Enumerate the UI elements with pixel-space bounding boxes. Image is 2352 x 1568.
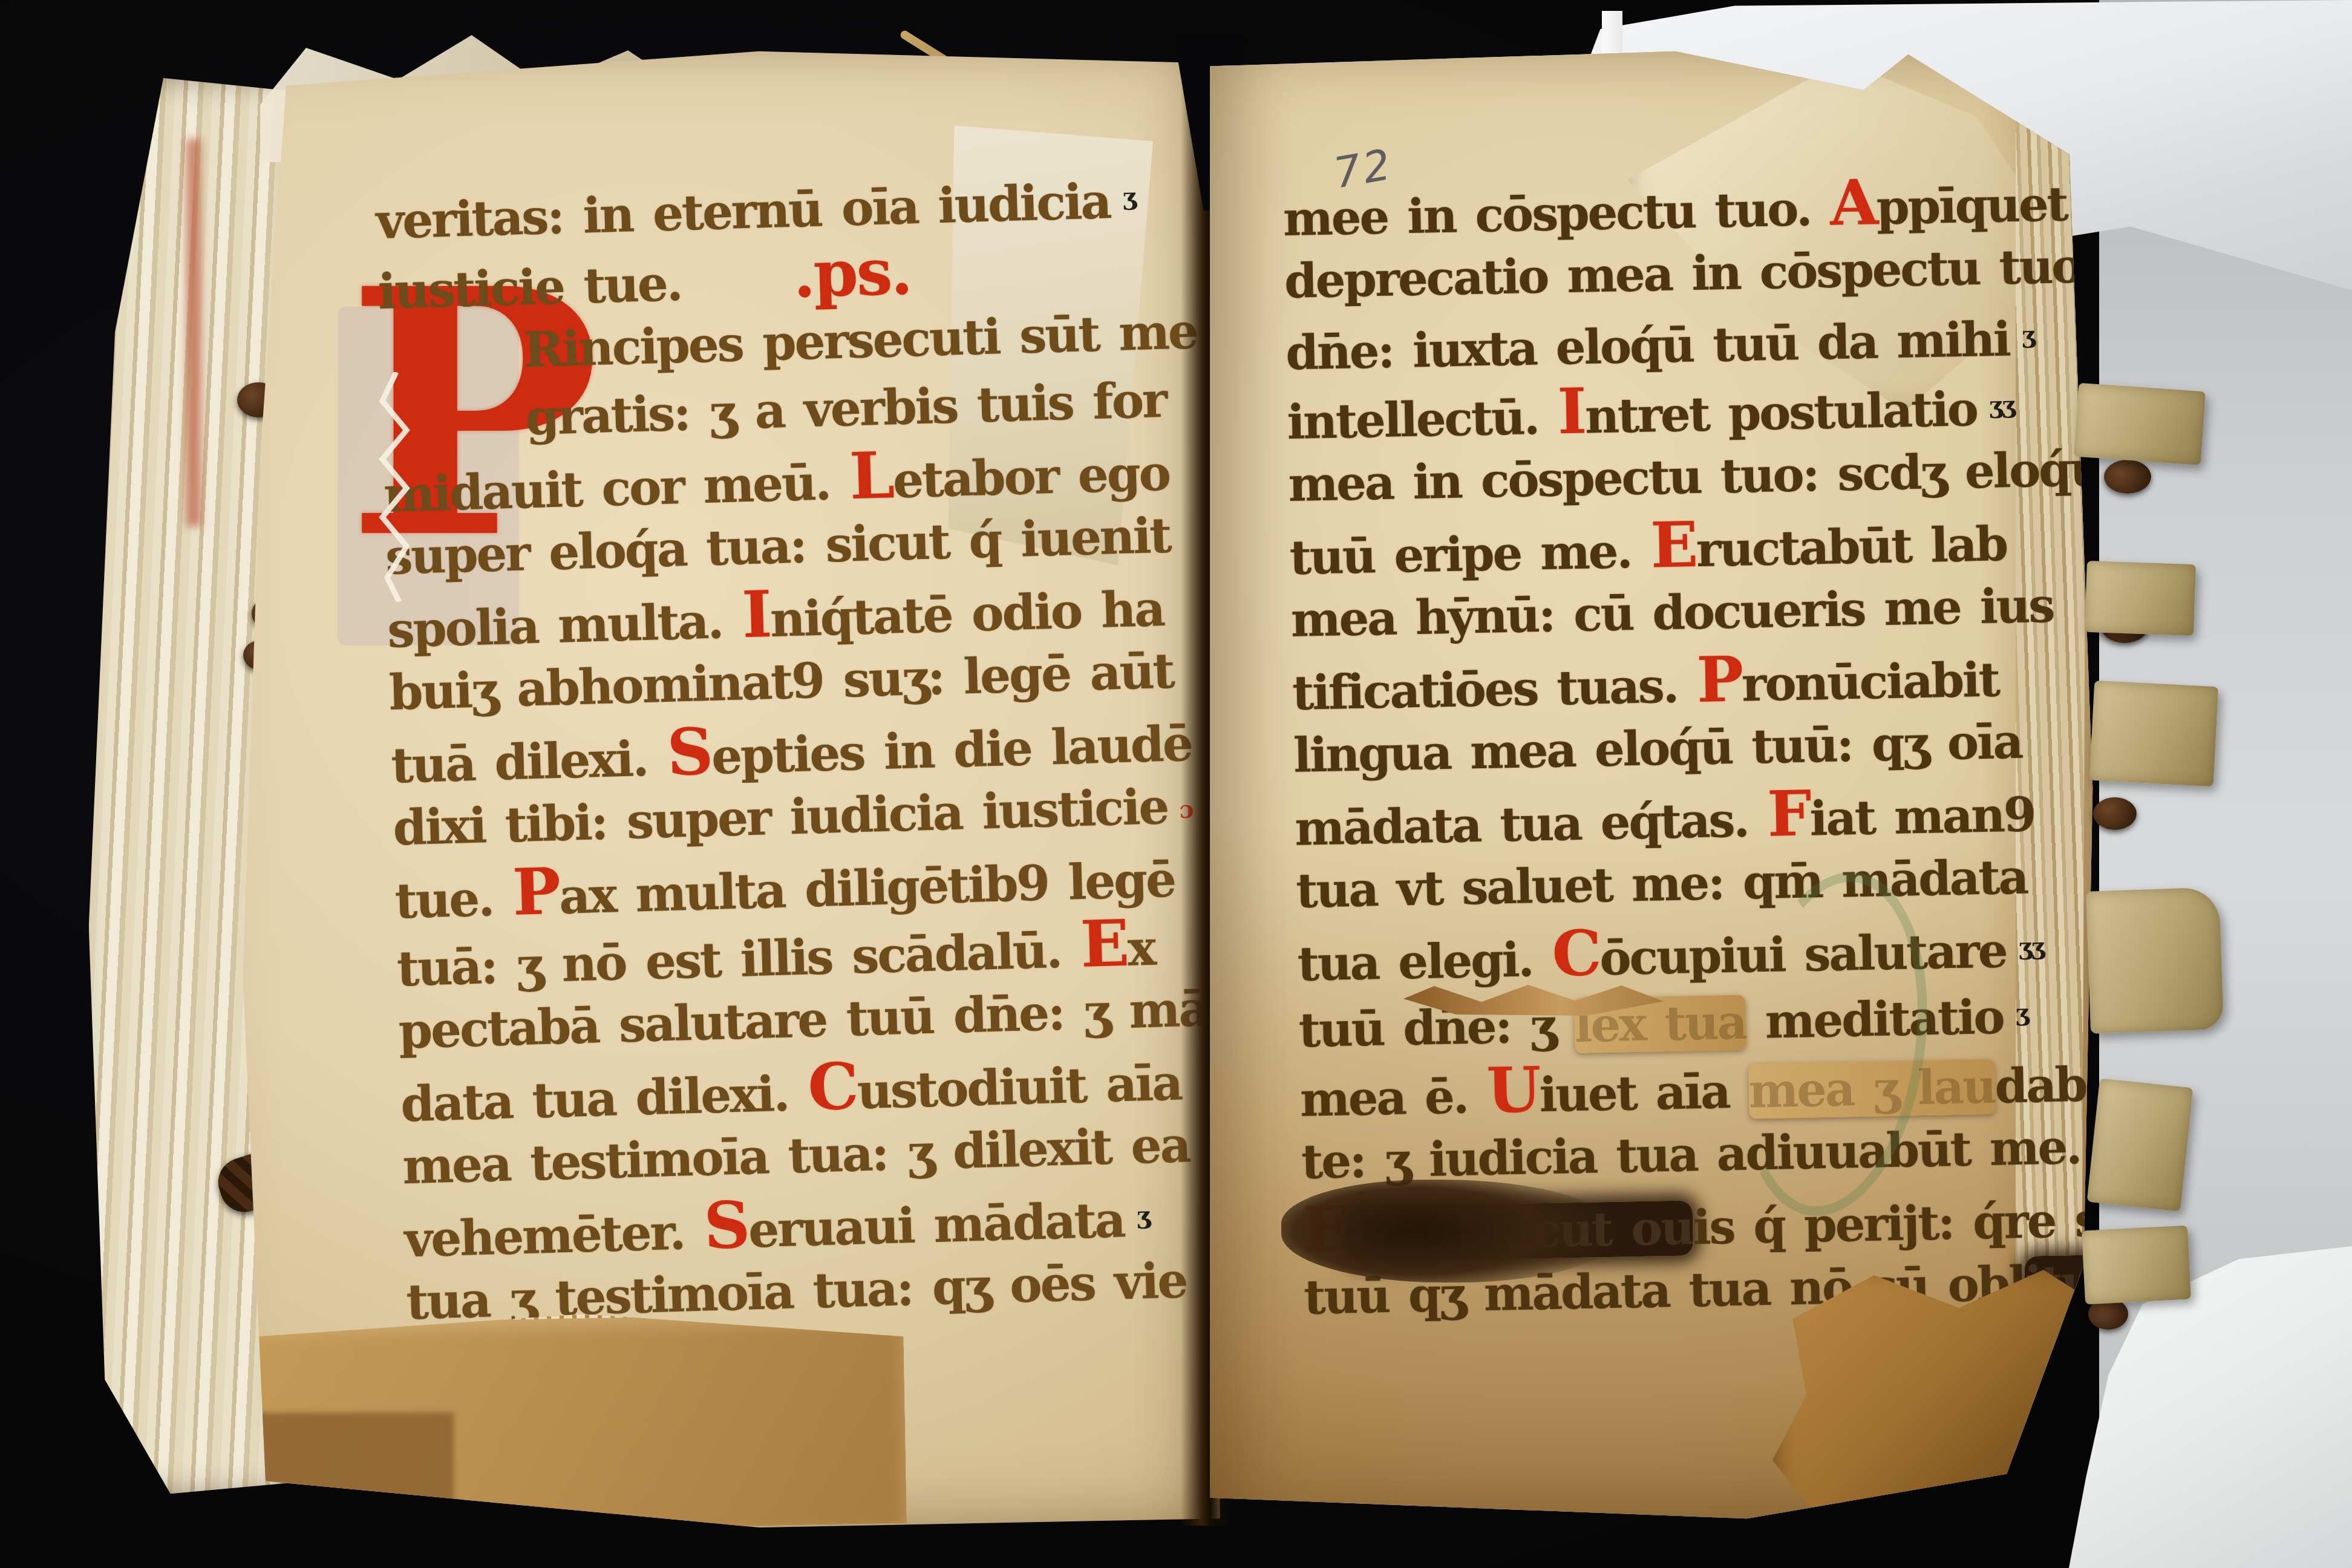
rubric-initial: P: [512, 854, 560, 930]
left-page: P veritas: in eternū oīa iudicia ʒiustic…: [194, 33, 1222, 1534]
red-edge-stain: [186, 139, 201, 526]
text-span: tua vt saluet me: qm̄ mādata: [1296, 850, 2028, 919]
index-tab: [2089, 681, 2218, 787]
right-page: 72 mee in cōspectu tuo. Appīquetdeprecat…: [1210, 42, 2105, 1534]
text-span: [682, 297, 794, 300]
rubric-initial: C: [1551, 916, 1600, 990]
text-span: tificatiōes tuas.: [1292, 658, 1697, 721]
right-page-text: mee in cōspectu tuo. Appīquetdeprecatio …: [1282, 165, 2121, 1332]
text-span: tue.: [394, 869, 514, 929]
text-span: ronūciabit: [1741, 652, 1999, 712]
rubric-initial: C: [807, 1048, 858, 1125]
text-span: ʒʒ: [1976, 391, 2015, 419]
left-page-text: veritas: in eternū oīa iudicia ʒiusticie…: [375, 161, 1254, 1336]
text-span: iat man9: [1809, 787, 2035, 846]
index-tab: [2074, 383, 2206, 465]
text-span: ustodiuit aīa: [857, 1054, 1183, 1120]
rubric-initial: .ps.: [792, 234, 912, 312]
fore-edge-knot: [2104, 460, 2151, 494]
text-span: eruaui mādata: [748, 1191, 1125, 1258]
text-span: ʒ: [1124, 1201, 1151, 1230]
damaged-corner: [1772, 1264, 2111, 1537]
rubric-initial: P: [1696, 643, 1743, 717]
text-span: tua elegi.: [1297, 932, 1552, 992]
rubric-initial: I: [741, 577, 771, 652]
text-span: ppīquet: [1876, 177, 2067, 235]
text-span: dn̄e: iuxta eloq́ū tuū da mihi: [1285, 312, 2010, 381]
text-span: ʒ: [2009, 321, 2035, 350]
text-span: mea in cōspectu tuo: scdʒ eloq́ū: [1288, 442, 2103, 512]
text-span: x: [1127, 920, 1155, 977]
rubric-initial: A: [1829, 166, 1877, 240]
index-tab: [2085, 561, 2196, 636]
rubric-initial: F: [1766, 777, 1810, 851]
text-span: ʒʒ: [2006, 933, 2045, 961]
text-span: intellectū.: [1287, 390, 1558, 450]
text-span: tuā dilexi.: [391, 730, 668, 794]
index-tab: [2087, 1078, 2194, 1211]
rubric-initial: L: [849, 437, 894, 514]
text-span: vehemēter.: [403, 1203, 705, 1269]
index-tab: [2082, 1226, 2191, 1305]
rubric-initial: E: [1080, 906, 1129, 982]
text-span: mādata tua eq́tas.: [1295, 792, 1768, 857]
rubric-initial: S: [703, 1187, 750, 1263]
text-span: ʒ: [1109, 183, 1136, 212]
drop-cap-zigzag-ornament: [375, 372, 417, 602]
text-span: mea ē.: [1299, 1069, 1487, 1128]
rubric-initial: I: [1557, 374, 1586, 448]
text-span: deprecatio mea in cōspectu tuo: [1284, 239, 2082, 309]
fore-edge-knot: [2093, 797, 2137, 830]
pencil-folio-number: 72: [1330, 139, 1397, 198]
index-tab: [2086, 887, 2224, 1034]
text-span: tuū eripe me.: [1289, 523, 1651, 585]
text-span: spolia multa.: [387, 592, 743, 658]
text-span: niq́tatē odio ha: [769, 580, 1165, 648]
text-span: iusticie tue.: [377, 255, 682, 320]
text-span: iuet aīa: [1539, 1063, 1749, 1123]
rubric-initial: S: [666, 714, 713, 790]
rubric-initial: U: [1486, 1053, 1540, 1128]
text-span: etabor ego: [892, 445, 1171, 509]
text-span: ructabūt lab: [1696, 517, 2007, 578]
rubric-initial: E: [1650, 508, 1697, 582]
text-span: ntret postulatio: [1584, 382, 1977, 444]
manuscript-photo: P veritas: in eternū oīa iudicia ʒiustic…: [0, 0, 2352, 1568]
text-span: Rincipes persecuti sūt me: [523, 302, 1198, 378]
text-span: ʒ: [2003, 999, 2029, 1028]
text-span: lingua mea eloq́ū tuū: qʒ oīa: [1293, 714, 2022, 783]
text-span: gratis: ʒ a verbis tuis for: [525, 371, 1167, 446]
text-span: mea hȳnū: cū docueris me ius: [1290, 578, 2054, 648]
